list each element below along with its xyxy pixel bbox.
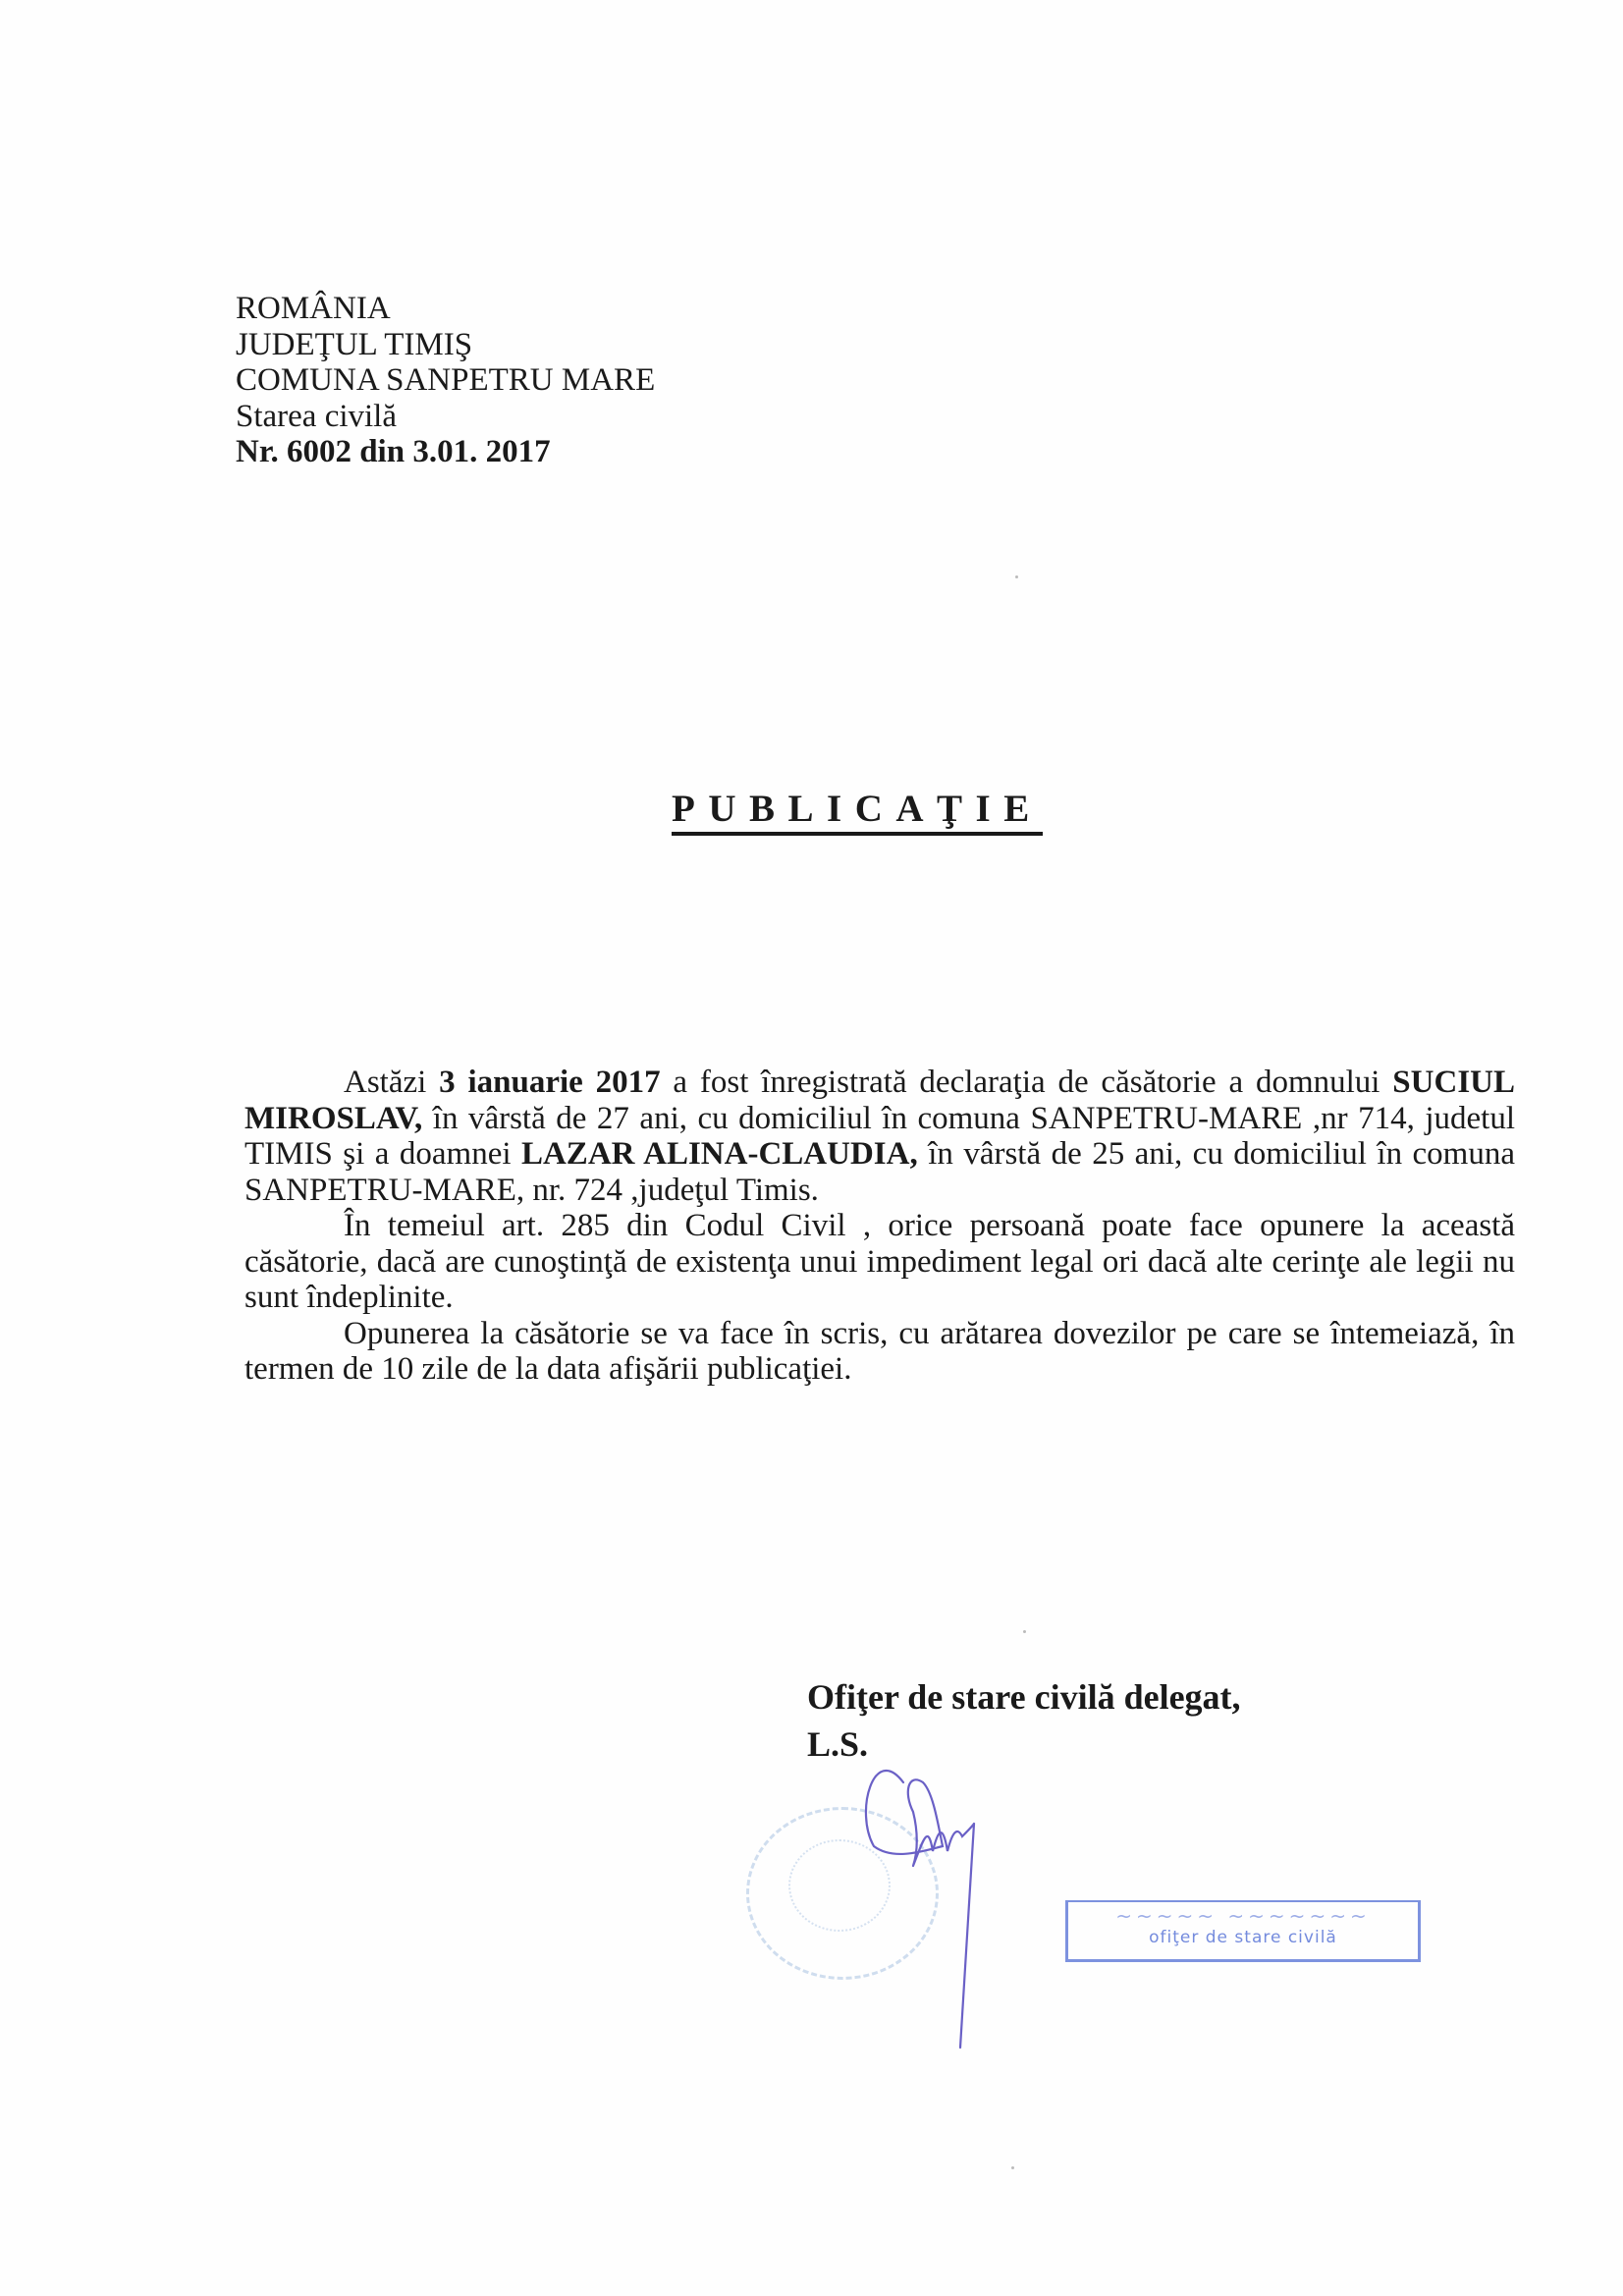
document-body: Astăzi 3 ianuarie 2017 a fost înregistra… — [244, 1065, 1515, 1388]
document-page: ROMÂNIA JUDEŢUL TIMIŞ COMUNA SANPETRU MA… — [0, 0, 1623, 2296]
paragraph-legal-basis: În temeiul art. 285 din Codul Civil , or… — [244, 1208, 1515, 1316]
department-line: Starea civilă — [236, 399, 655, 435]
scan-speck — [1023, 1630, 1026, 1633]
county-line: JUDEŢUL TIMIŞ — [236, 327, 655, 363]
stamp-officer-name: ~~~~~ ~~~~~~~ — [1068, 1904, 1418, 1928]
text: a fost înregistrată declaraţia de căsăto… — [661, 1065, 1393, 1100]
paragraph-declaration: Astăzi 3 ianuarie 2017 a fost înregistra… — [244, 1065, 1515, 1208]
officer-stamp: ~~~~~ ~~~~~~~ ofiţer de stare civilă — [1065, 1900, 1421, 1962]
commune-line: COMUNA SANPETRU MARE — [236, 362, 655, 399]
officer-role: Ofiţer de stare civilă delegat, — [807, 1673, 1241, 1721]
stamp-officer-role: ofiţer de stare civilă — [1068, 1928, 1418, 1947]
scan-speck — [1011, 2166, 1014, 2169]
registration-number: Nr. 6002 din 3.01. 2017 — [236, 434, 655, 470]
country-line: ROMÂNIA — [236, 291, 655, 327]
text: Astăzi — [344, 1065, 439, 1100]
declaration-date: 3 ianuarie 2017 — [439, 1065, 660, 1100]
scan-speck — [1015, 575, 1018, 578]
issuer-header: ROMÂNIA JUDEŢUL TIMIŞ COMUNA SANPETRU MA… — [236, 291, 655, 470]
document-title: PUBLICAŢIE — [672, 788, 1043, 836]
bride-name: LAZAR ALINA-CLAUDIA, — [521, 1136, 918, 1172]
paragraph-opposition: Opunerea la căsătorie se va face în scri… — [244, 1316, 1515, 1388]
handwritten-signature-icon — [864, 1753, 1001, 2057]
